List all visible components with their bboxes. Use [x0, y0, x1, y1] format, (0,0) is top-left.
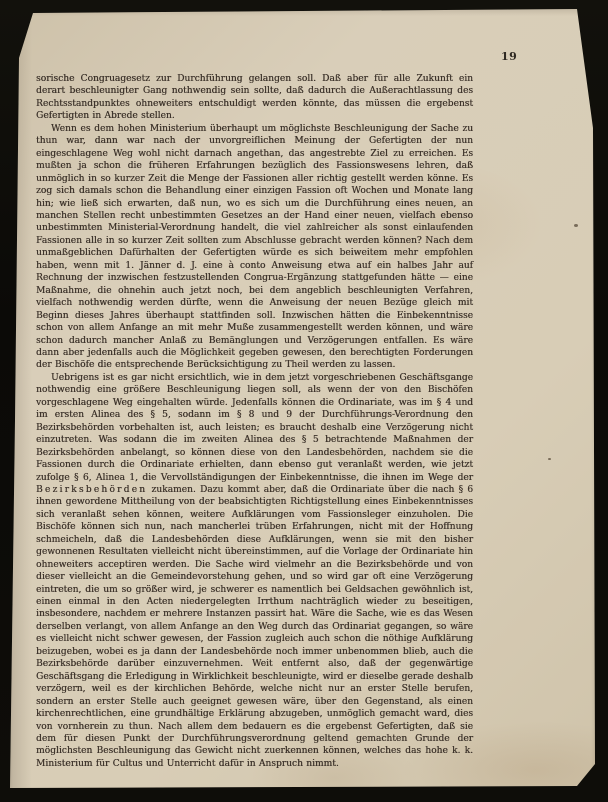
- text-run: Uebrigens ist es gar nicht ersichtlich, …: [36, 373, 473, 483]
- ink-speck: [548, 458, 551, 460]
- paragraph: Wenn es dem hohen Ministerium überhaupt …: [36, 123, 473, 372]
- paragraph: Uebrigens ist es gar nicht ersichtlich, …: [36, 372, 473, 771]
- book-page: 19 sorische Congruagesetz zur Durchführu…: [0, 0, 608, 802]
- page-number: 19: [501, 50, 517, 63]
- text-block: sorische Congruagesetz zur Durchführung …: [36, 73, 473, 770]
- text-run: zukamen. Dazu kommt aber, daß die Ordina…: [36, 485, 473, 769]
- paragraph: sorische Congruagesetz zur Durchführung …: [36, 73, 473, 123]
- text-run: Wenn es dem hohen Ministerium überhaupt …: [36, 124, 473, 371]
- ink-speck: [574, 224, 578, 227]
- text-run: sorische Congruagesetz zur Durchführung …: [36, 74, 473, 121]
- emphasized-text-run: Bezirksbehörden: [36, 485, 147, 495]
- scan-background: 19 sorische Congruagesetz zur Durchführu…: [0, 0, 608, 802]
